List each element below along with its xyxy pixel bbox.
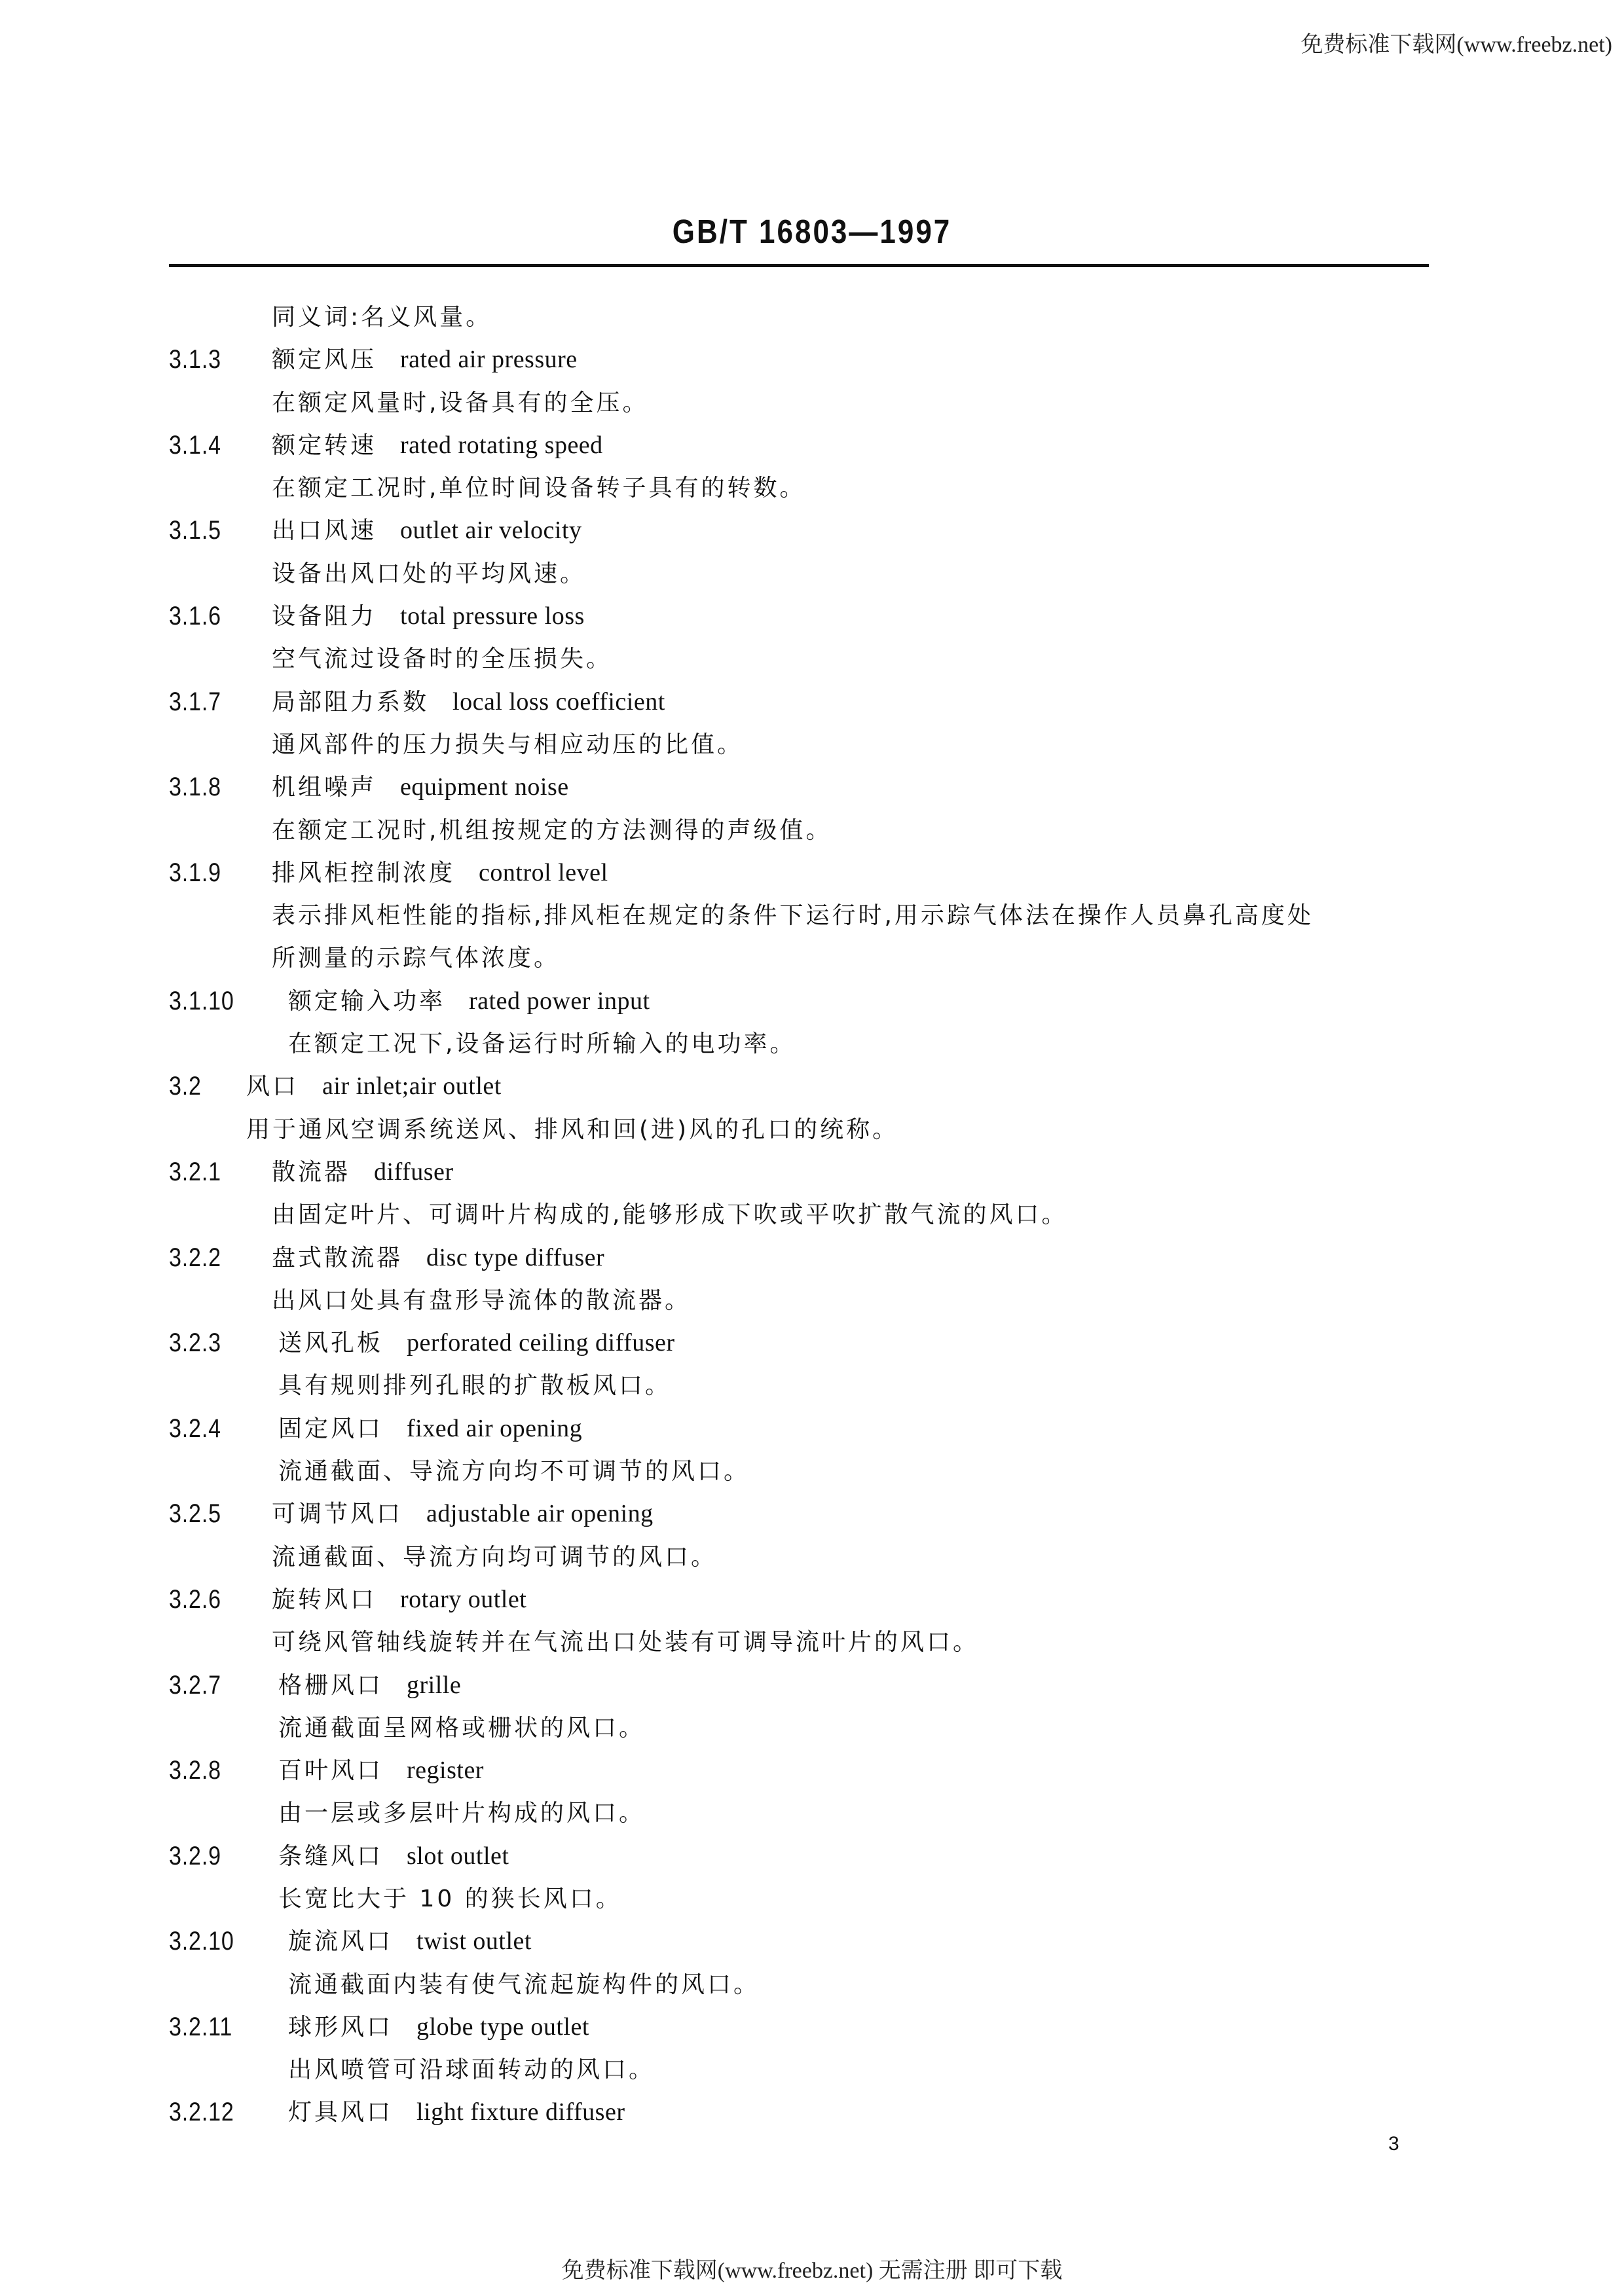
definition-text: 可绕风管轴线旋转并在气流出口处装有可调导流叶片的风口。 bbox=[272, 1621, 979, 1664]
term-heading: 额定风压rated air pressure bbox=[272, 338, 578, 381]
term-number: 3.1.3 bbox=[169, 338, 221, 381]
term-zh: 条缝风口 bbox=[278, 1843, 383, 1870]
term-en: diffuser bbox=[374, 1158, 454, 1186]
term-entry-3-1-5: 3.1.5 出口风速outlet air velocity bbox=[169, 509, 1429, 552]
term-number: 3.2.2 bbox=[169, 1237, 221, 1279]
document-body: 同义词:名义风量。 3.1.3 额定风压rated air pressure 在… bbox=[169, 296, 1429, 2134]
term-number: 3.2.7 bbox=[169, 1664, 221, 1707]
term-number: 3.2.11 bbox=[169, 2006, 232, 2049]
definition-line: 空气流过设备时的全压损失。 bbox=[169, 638, 1429, 680]
term-entry-3-2-10: 3.2.10 旋流风口twist outlet bbox=[169, 1920, 1429, 1963]
term-entry-3-2-2: 3.2.2 盘式散流器disc type diffuser bbox=[169, 1237, 1429, 1279]
term-number: 3.1.5 bbox=[169, 509, 221, 552]
term-entry-3-1-6: 3.1.6 设备阻力total pressure loss bbox=[169, 595, 1429, 638]
term-en: rated rotating speed bbox=[400, 431, 603, 459]
term-heading: 球形风口globe type outlet bbox=[288, 2006, 589, 2049]
term-entry-3-2-6: 3.2.6 旋转风口rotary outlet bbox=[169, 1578, 1429, 1621]
term-heading: 送风孔板perforated ceiling diffuser bbox=[278, 1322, 675, 1364]
definition-line: 由一层或多层叶片构成的风口。 bbox=[169, 1792, 1429, 1834]
definition-text: 在额定工况时,机组按规定的方法测得的声级值。 bbox=[272, 809, 832, 852]
term-number: 3.2.12 bbox=[169, 2091, 234, 2134]
term-entry-3-2: 3.2 风口air inlet;air outlet bbox=[169, 1065, 1429, 1108]
term-entry-3-2-5: 3.2.5 可调节风口adjustable air opening bbox=[169, 1493, 1429, 1535]
definition-text: 由固定叶片、可调叶片构成的,能够形成下吹或平吹扩散气流的风口。 bbox=[272, 1194, 1067, 1236]
definition-line: 在额定工况时,机组按规定的方法测得的声级值。 bbox=[169, 809, 1429, 852]
term-number: 3.2.1 bbox=[169, 1151, 221, 1194]
term-heading: 额定转速rated rotating speed bbox=[272, 424, 603, 467]
term-en: perforated ceiling diffuser bbox=[407, 1329, 675, 1357]
term-en: air inlet;air outlet bbox=[322, 1072, 502, 1100]
watermark-top: 免费标准下载网(www.freebz.net) bbox=[1301, 26, 1612, 58]
term-zh: 格栅风口 bbox=[278, 1672, 383, 1699]
definition-text: 所测量的示踪气体浓度。 bbox=[272, 937, 560, 979]
term-entry-3-1-3: 3.1.3 额定风压rated air pressure bbox=[169, 338, 1429, 381]
term-number: 3.2.9 bbox=[169, 1835, 221, 1878]
definition-line: 表示排风柜性能的指标,排风柜在规定的条件下运行时,用示踪气体法在操作人员鼻孔高度… bbox=[169, 894, 1429, 937]
definition-line: 具有规则排列孔眼的扩散板风口。 bbox=[169, 1364, 1429, 1407]
term-number: 3.1.10 bbox=[169, 980, 234, 1023]
definition-text: 由一层或多层叶片构成的风口。 bbox=[278, 1792, 645, 1834]
term-heading: 固定风口fixed air opening bbox=[278, 1408, 582, 1450]
term-number: 3.1.4 bbox=[169, 424, 221, 467]
definition-line: 用于通风空调系统送风、排风和回(进)风的孔口的统称。 bbox=[169, 1108, 1429, 1151]
term-entry-3-2-7: 3.2.7 格栅风口grille bbox=[169, 1664, 1429, 1707]
header-rule bbox=[169, 264, 1429, 267]
term-entry-3-1-10: 3.1.10 额定输入功率rated power input bbox=[169, 980, 1429, 1023]
definition-line: 流通截面、导流方向均可调节的风口。 bbox=[169, 1536, 1429, 1578]
term-heading: 设备阻力total pressure loss bbox=[272, 595, 585, 638]
definition-text: 空气流过设备时的全压损失。 bbox=[272, 638, 612, 680]
term-heading: 额定输入功率rated power input bbox=[288, 980, 650, 1023]
term-en: grille bbox=[407, 1671, 461, 1699]
term-heading: 盘式散流器disc type diffuser bbox=[272, 1237, 604, 1279]
definition-line: 出风口处具有盘形导流体的散流器。 bbox=[169, 1279, 1429, 1322]
term-en: globe type outlet bbox=[416, 2013, 589, 2041]
definition-line: 在额定工况下,设备运行时所输入的电功率。 bbox=[169, 1023, 1429, 1065]
definition-line: 长宽比大于 10 的狭长风口。 bbox=[169, 1878, 1429, 1920]
definition-text: 流通截面、导流方向均可调节的风口。 bbox=[272, 1536, 717, 1578]
definition-text: 流通截面内装有使气流起旋构件的风口。 bbox=[288, 1963, 760, 2006]
definition-text: 用于通风空调系统送风、排风和回(进)风的孔口的统称。 bbox=[246, 1108, 898, 1151]
definition-line: 由固定叶片、可调叶片构成的,能够形成下吹或平吹扩散气流的风口。 bbox=[169, 1194, 1429, 1236]
definition-line: 在额定工况时,单位时间设备转子具有的转数。 bbox=[169, 467, 1429, 509]
term-number: 3.2.4 bbox=[169, 1408, 221, 1450]
definition-line: 所测量的示踪气体浓度。 bbox=[169, 937, 1429, 979]
term-zh: 设备阻力 bbox=[272, 603, 377, 630]
term-entry-3-2-8: 3.2.8 百叶风口register bbox=[169, 1749, 1429, 1792]
term-heading: 局部阻力系数local loss coefficient bbox=[272, 681, 665, 723]
term-en: twist outlet bbox=[416, 1927, 532, 1955]
term-en: fixed air opening bbox=[407, 1415, 582, 1442]
term-entry-3-2-12: 3.2.12 灯具风口light fixture diffuser bbox=[169, 2091, 1429, 2134]
term-heading: 排风柜控制浓度control level bbox=[272, 852, 608, 894]
term-zh: 风口 bbox=[246, 1073, 299, 1100]
definition-line: 流通截面呈网格或栅状的风口。 bbox=[169, 1707, 1429, 1749]
definition-text: 流通截面、导流方向均不可调节的风口。 bbox=[278, 1450, 750, 1493]
watermark-bottom: 免费标准下载网(www.freebz.net) 无需注册 即可下载 bbox=[0, 2252, 1624, 2284]
definition-text: 通风部件的压力损失与相应动压的比值。 bbox=[272, 723, 743, 766]
definition-text: 流通截面呈网格或栅状的风口。 bbox=[278, 1707, 645, 1749]
term-zh: 送风孔板 bbox=[278, 1330, 383, 1357]
definition-line: 流通截面内装有使气流起旋构件的风口。 bbox=[169, 1963, 1429, 2006]
continuation-text: 同义词:名义风量。 bbox=[272, 296, 492, 338]
definition-text: 在额定风量时,设备具有的全压。 bbox=[272, 382, 648, 424]
term-entry-3-2-9: 3.2.9 条缝风口slot outlet bbox=[169, 1835, 1429, 1878]
definition-line: 流通截面、导流方向均不可调节的风口。 bbox=[169, 1450, 1429, 1493]
term-heading: 格栅风口grille bbox=[278, 1664, 461, 1707]
term-heading: 出口风速outlet air velocity bbox=[272, 509, 582, 552]
term-en: rated power input bbox=[469, 987, 650, 1015]
term-zh: 额定风压 bbox=[272, 346, 377, 373]
definition-text: 在额定工况时,单位时间设备转子具有的转数。 bbox=[272, 467, 805, 509]
standard-code-header: GB/T 16803—1997 bbox=[0, 213, 1624, 251]
term-en: total pressure loss bbox=[400, 602, 585, 630]
term-en: slot outlet bbox=[407, 1842, 509, 1870]
definition-line: 在额定风量时,设备具有的全压。 bbox=[169, 382, 1429, 424]
term-zh: 固定风口 bbox=[278, 1415, 383, 1442]
term-heading: 条缝风口slot outlet bbox=[278, 1835, 509, 1878]
term-zh: 散流器 bbox=[272, 1159, 350, 1186]
term-number: 3.1.9 bbox=[169, 852, 221, 894]
term-entry-3-2-4: 3.2.4 固定风口fixed air opening bbox=[169, 1408, 1429, 1450]
term-heading: 旋转风口rotary outlet bbox=[272, 1578, 526, 1621]
term-number: 3.1.6 bbox=[169, 595, 221, 638]
term-en: outlet air velocity bbox=[400, 517, 582, 544]
term-zh: 出口风速 bbox=[272, 517, 377, 544]
term-zh: 旋转风口 bbox=[272, 1586, 377, 1613]
term-en: disc type diffuser bbox=[426, 1244, 604, 1271]
definition-line: 通风部件的压力损失与相应动压的比值。 bbox=[169, 723, 1429, 766]
definition-text: 出风口处具有盘形导流体的散流器。 bbox=[272, 1279, 691, 1322]
continuation-line: 同义词:名义风量。 bbox=[169, 296, 1429, 338]
term-zh: 机组噪声 bbox=[272, 774, 377, 801]
term-en: equipment noise bbox=[400, 773, 569, 801]
term-zh: 可调节风口 bbox=[272, 1501, 403, 1527]
term-heading: 机组噪声equipment noise bbox=[272, 766, 569, 809]
term-entry-3-2-1: 3.2.1 散流器diffuser bbox=[169, 1151, 1429, 1194]
term-zh: 旋流风口 bbox=[288, 1928, 393, 1955]
definition-text: 表示排风柜性能的指标,排风柜在规定的条件下运行时,用示踪气体法在操作人员鼻孔高度… bbox=[272, 894, 1314, 937]
term-en: rotary outlet bbox=[400, 1586, 526, 1613]
term-number: 3.2 bbox=[169, 1065, 202, 1108]
term-en: control level bbox=[479, 859, 608, 886]
term-entry-3-2-11: 3.2.11 球形风口globe type outlet bbox=[169, 2006, 1429, 2049]
term-zh: 排风柜控制浓度 bbox=[272, 860, 455, 886]
term-zh: 盘式散流器 bbox=[272, 1245, 403, 1271]
term-number: 3.2.3 bbox=[169, 1322, 221, 1364]
term-number: 3.2.10 bbox=[169, 1920, 234, 1963]
definition-text: 具有规则排列孔眼的扩散板风口。 bbox=[278, 1364, 671, 1407]
term-zh: 百叶风口 bbox=[278, 1757, 383, 1784]
term-heading: 风口air inlet;air outlet bbox=[246, 1065, 502, 1108]
definition-text: 出风喷管可沿球面转动的风口。 bbox=[288, 2049, 655, 2091]
page-number: 3 bbox=[1388, 2133, 1399, 2155]
definition-text: 设备出风口处的平均风速。 bbox=[272, 553, 586, 595]
definition-line: 可绕风管轴线旋转并在气流出口处装有可调导流叶片的风口。 bbox=[169, 1621, 1429, 1664]
term-heading: 百叶风口register bbox=[278, 1749, 484, 1792]
term-heading: 旋流风口twist outlet bbox=[288, 1920, 532, 1963]
definition-line: 设备出风口处的平均风速。 bbox=[169, 553, 1429, 595]
term-zh: 灯具风口 bbox=[288, 2099, 393, 2126]
term-entry-3-2-3: 3.2.3 送风孔板perforated ceiling diffuser bbox=[169, 1322, 1429, 1364]
definition-text: 长宽比大于 10 的狭长风口。 bbox=[278, 1878, 622, 1920]
term-en: register bbox=[407, 1757, 484, 1784]
term-entry-3-1-4: 3.1.4 额定转速rated rotating speed bbox=[169, 424, 1429, 467]
term-zh: 额定输入功率 bbox=[288, 988, 445, 1015]
term-number: 3.1.8 bbox=[169, 766, 221, 809]
term-number: 3.2.5 bbox=[169, 1493, 221, 1535]
term-heading: 散流器diffuser bbox=[272, 1151, 454, 1194]
term-heading: 灯具风口light fixture diffuser bbox=[288, 2091, 625, 2134]
term-entry-3-1-8: 3.1.8 机组噪声equipment noise bbox=[169, 766, 1429, 809]
term-en: adjustable air opening bbox=[426, 1500, 654, 1527]
definition-line: 出风喷管可沿球面转动的风口。 bbox=[169, 2049, 1429, 2091]
term-zh: 球形风口 bbox=[288, 2014, 393, 2041]
term-zh: 额定转速 bbox=[272, 432, 377, 459]
term-number: 3.2.8 bbox=[169, 1749, 221, 1792]
term-en: rated air pressure bbox=[400, 346, 578, 373]
term-entry-3-1-9: 3.1.9 排风柜控制浓度control level bbox=[169, 852, 1429, 894]
term-en: light fixture diffuser bbox=[416, 2098, 625, 2126]
term-number: 3.2.6 bbox=[169, 1578, 221, 1621]
definition-text: 在额定工况下,设备运行时所输入的电功率。 bbox=[288, 1023, 796, 1065]
term-en: local loss coefficient bbox=[452, 688, 665, 716]
term-zh: 局部阻力系数 bbox=[272, 689, 429, 716]
term-entry-3-1-7: 3.1.7 局部阻力系数local loss coefficient bbox=[169, 681, 1429, 723]
term-heading: 可调节风口adjustable air opening bbox=[272, 1493, 654, 1535]
term-number: 3.1.7 bbox=[169, 681, 221, 723]
